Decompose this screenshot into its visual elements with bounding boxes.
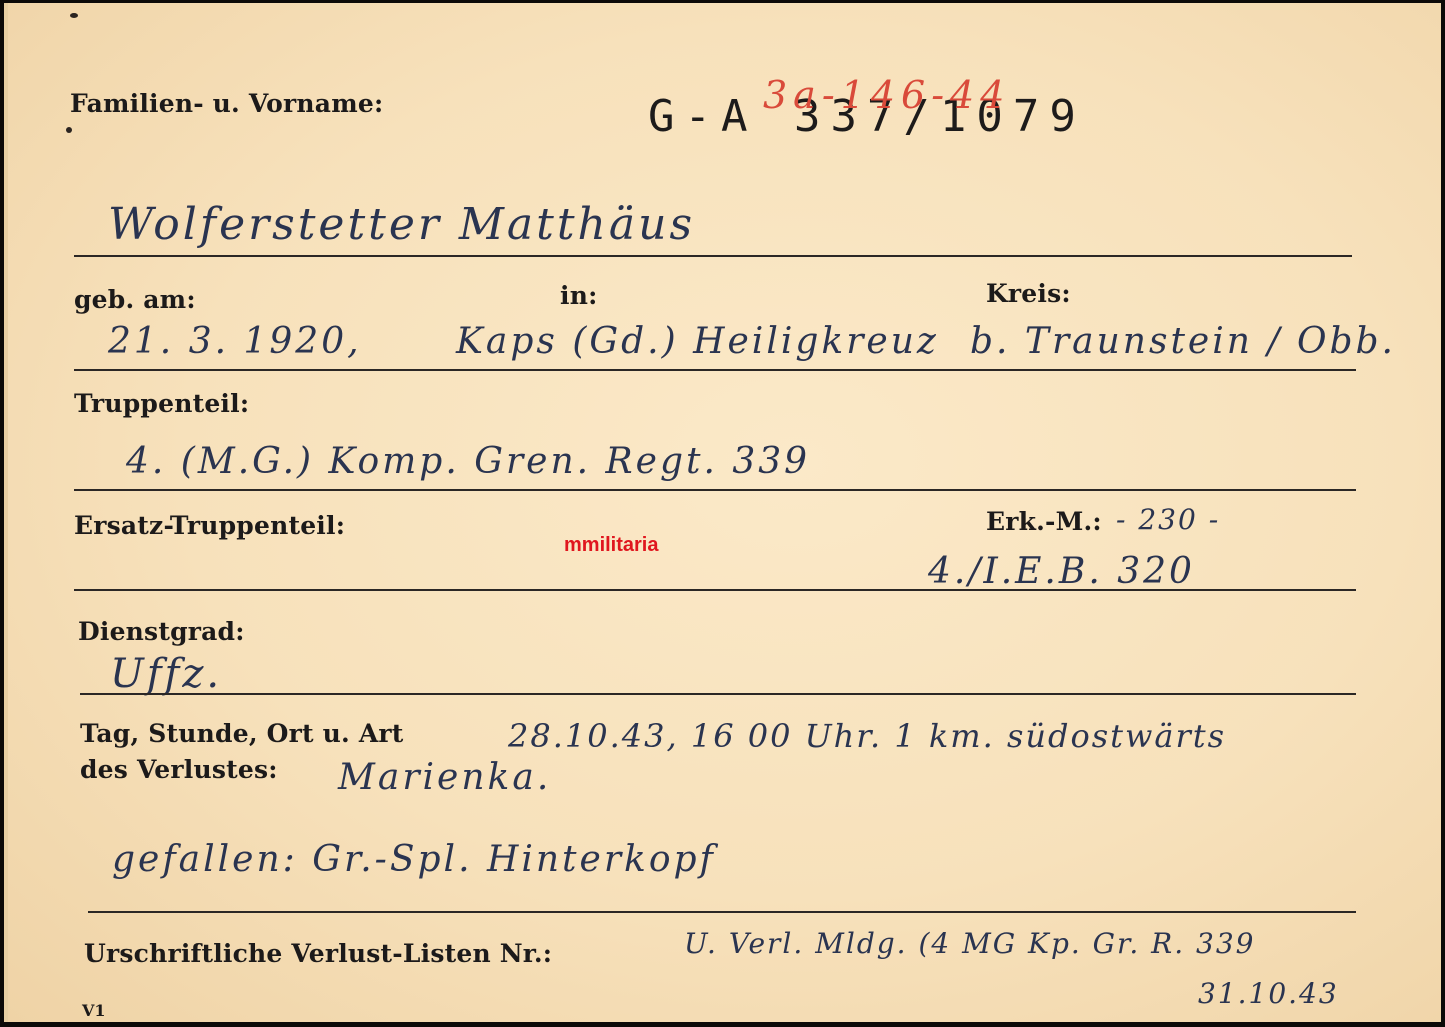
watermark: mmilitaria <box>564 534 658 557</box>
form-code: V1 <box>82 1001 106 1020</box>
rule-rank <box>80 693 1356 695</box>
red-file-annotation: 3a-146-44 <box>763 73 1010 117</box>
rule-replacement <box>74 589 1356 591</box>
unit-value: 4. (M.G.) Komp. Gren. Regt. 339 <box>126 441 810 482</box>
district-value: b. Traunstein / Obb. <box>970 321 1396 362</box>
paper-speck <box>66 127 72 133</box>
paper-speck <box>70 13 78 18</box>
loss-details-label-2: des Verlustes: <box>80 755 278 784</box>
birth-date-label: geb. am: <box>74 285 196 314</box>
district-label: Kreis: <box>986 279 1071 308</box>
rule-name <box>74 255 1352 257</box>
loss-list-value-1: U. Verl. Mldg. (4 MG Kp. Gr. R. 339 <box>684 927 1255 960</box>
replacement-unit-value: 4./I.E.B. 320 <box>928 551 1195 592</box>
cause-of-death-value: gefallen: Gr.-Spl. Hinterkopf <box>112 839 716 880</box>
replacement-unit-label: Ersatz-Truppenteil: <box>74 511 345 540</box>
loss-details-value-1: 28.10.43, 16 00 Uhr. 1 km. südostwärts <box>508 717 1226 755</box>
id-tag-value: - 230 - <box>1116 503 1220 536</box>
unit-label: Truppenteil: <box>74 389 249 418</box>
rank-label: Dienstgrad: <box>78 617 245 646</box>
id-tag-label: Erk.-M.: <box>986 507 1102 536</box>
birth-place-label: in: <box>560 281 598 310</box>
rule-loss <box>88 911 1356 913</box>
name-label: Familien- u. Vorname: <box>70 89 383 118</box>
birth-place-value: Kaps (Gd.) Heiligkreuz <box>456 321 939 362</box>
birth-date-value: 21. 3. 1920, <box>108 321 362 362</box>
loss-list-value-2: 31.10.43 <box>1198 977 1339 1010</box>
rule-birth <box>74 369 1356 371</box>
rule-unit <box>74 489 1356 491</box>
name-value: Wolferstetter Matthäus <box>108 199 695 250</box>
loss-place-value: Marienka. <box>338 757 551 798</box>
rank-value: Uffz. <box>110 651 222 697</box>
loss-list-label: Urschriftliche Verlust-Listen Nr.: <box>84 939 552 968</box>
casualty-index-card: Familien- u. Vorname: G-A 337/1079 3a-14… <box>4 3 1441 1022</box>
loss-details-label-1: Tag, Stunde, Ort u. Art <box>80 719 404 748</box>
